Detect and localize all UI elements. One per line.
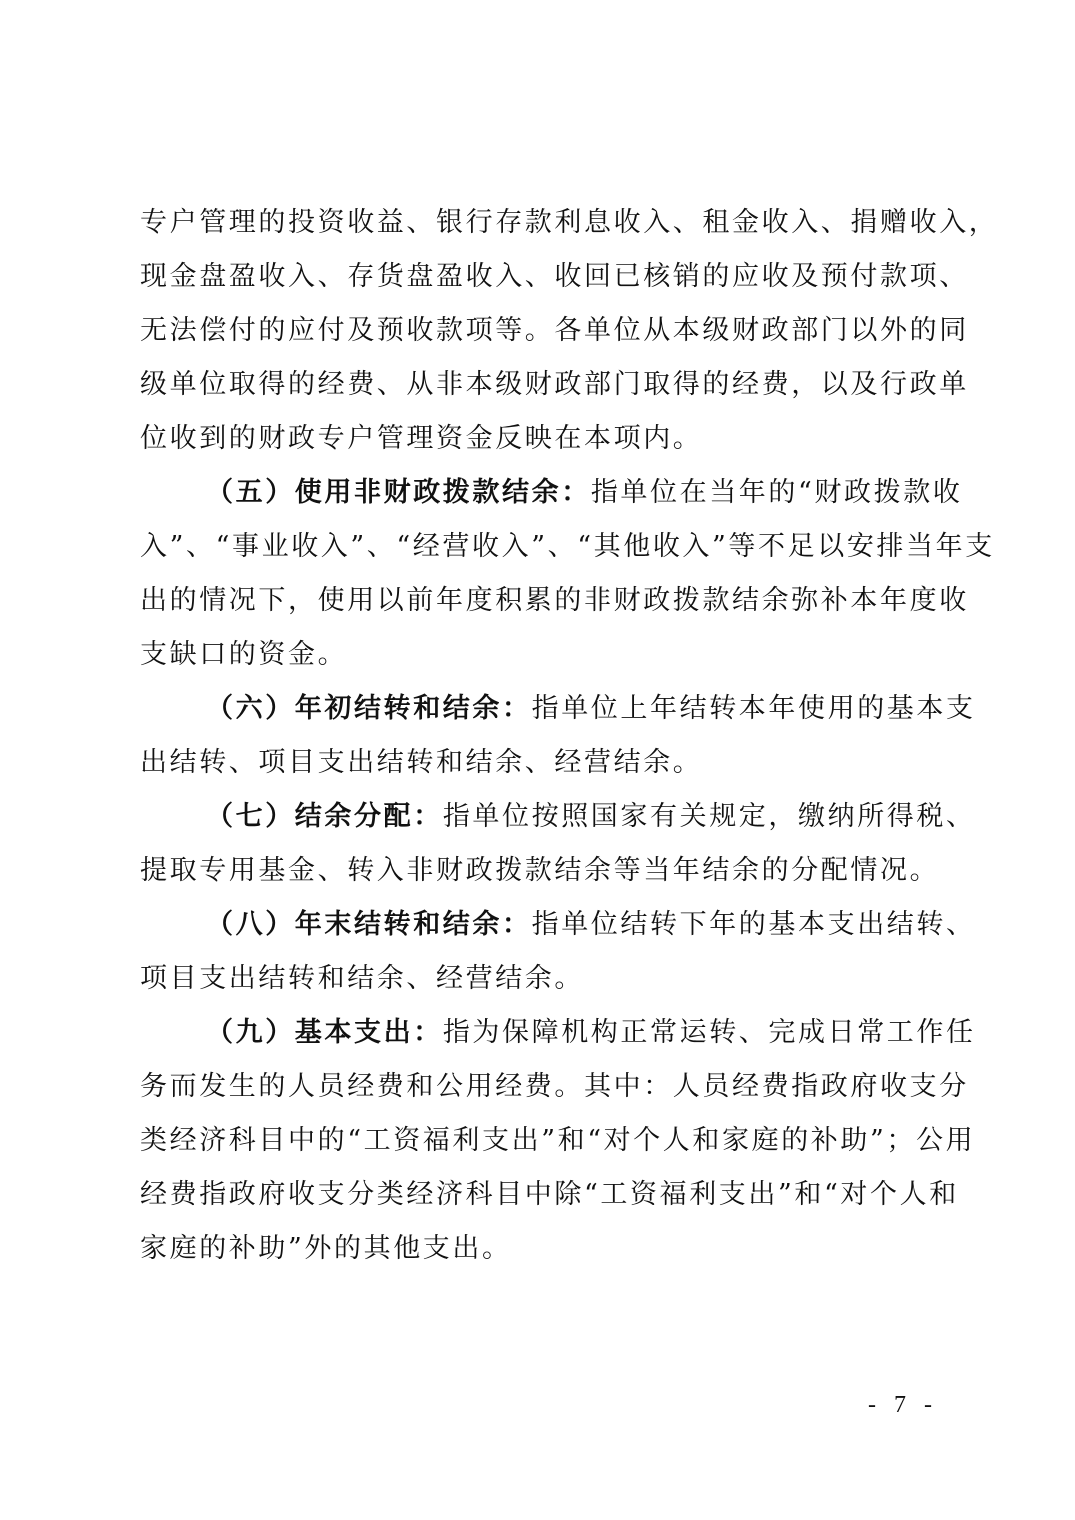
document-page: 专户管理的投资收益、银行存款利息收入、租金收入、捐赠收入， 现金盘盈收入、存货盘… [0,0,1075,1520]
text-line: 类经济科目中的“工资福利支出”和“对个人和家庭的补助”；公用 [140,1114,940,1168]
paragraph-item-9: （九）基本支出：指为保障机构正常运转、完成日常工作任 务而发生的人员经费和公用经… [140,1006,940,1276]
term-heading: （六）年初结转和结余： [206,693,532,724]
text-line: 支缺口的资金。 [140,628,940,682]
term-definition: 指为保障机构正常运转、完成日常工作任 [443,1017,976,1048]
text-line: （八）年末结转和结余：指单位结转下年的基本支出结转、 [140,898,940,952]
term-definition: 指单位按照国家有关规定，缴纳所得税、 [443,801,976,832]
page-number: - 7 - [868,1392,938,1419]
text-line: （六）年初结转和结余：指单位上年结转本年使用的基本支 [140,682,940,736]
term-definition: 指单位上年结转本年使用的基本支 [532,693,976,724]
term-definition: 指单位结转下年的基本支出结转、 [532,909,976,940]
text-line: 经费指政府收支分类经济科目中除“工资福利支出”和“对个人和 [140,1168,940,1222]
document-body: 专户管理的投资收益、银行存款利息收入、租金收入、捐赠收入， 现金盘盈收入、存货盘… [140,196,940,1276]
text-line: 提取专用基金、转入非财政拨款结余等当年结余的分配情况。 [140,844,940,898]
paragraph-item-8: （八）年末结转和结余：指单位结转下年的基本支出结转、 项目支出结转和结余、经营结… [140,898,940,1006]
text-line: 出的情况下，使用以前年度积累的非财政拨款结余弥补本年度收 [140,574,940,628]
text-line: 级单位取得的经费、从非本级财政部门取得的经费，以及行政单 [140,358,940,412]
paragraph-item-7: （七）结余分配：指单位按照国家有关规定，缴纳所得税、 提取专用基金、转入非财政拨… [140,790,940,898]
text-line: （九）基本支出：指为保障机构正常运转、完成日常工作任 [140,1006,940,1060]
text-line: （五）使用非财政拨款结余：指单位在当年的“财政拨款收 [140,466,940,520]
term-heading: （七）结余分配： [206,801,443,832]
text-line: 入”、“事业收入”、“经营收入”、“其他收入”等不足以安排当年支 [140,520,940,574]
term-definition: 指单位在当年的“财政拨款收 [591,477,963,508]
text-line: 现金盘盈收入、存货盘盈收入、收回已核销的应收及预付款项、 [140,250,940,304]
text-line: （七）结余分配：指单位按照国家有关规定，缴纳所得税、 [140,790,940,844]
paragraph-item-5: （五）使用非财政拨款结余：指单位在当年的“财政拨款收 入”、“事业收入”、“经营… [140,466,940,682]
text-line: 位收到的财政专户管理资金反映在本项内。 [140,412,940,466]
text-line: 家庭的补助”外的其他支出。 [140,1222,940,1276]
term-heading: （九）基本支出： [206,1017,443,1048]
text-line: 无法偿付的应付及预收款项等。各单位从本级财政部门以外的同 [140,304,940,358]
text-line: 务而发生的人员经费和公用经费。其中：人员经费指政府收支分 [140,1060,940,1114]
term-heading: （五）使用非财政拨款结余： [206,477,591,508]
paragraph-item-6: （六）年初结转和结余：指单位上年结转本年使用的基本支 出结转、项目支出结转和结余… [140,682,940,790]
paragraph-continuation: 专户管理的投资收益、银行存款利息收入、租金收入、捐赠收入， 现金盘盈收入、存货盘… [140,196,940,466]
text-line: 出结转、项目支出结转和结余、经营结余。 [140,736,940,790]
text-line: 专户管理的投资收益、银行存款利息收入、租金收入、捐赠收入， [140,196,940,250]
text-line: 项目支出结转和结余、经营结余。 [140,952,940,1006]
term-heading: （八）年末结转和结余： [206,909,532,940]
